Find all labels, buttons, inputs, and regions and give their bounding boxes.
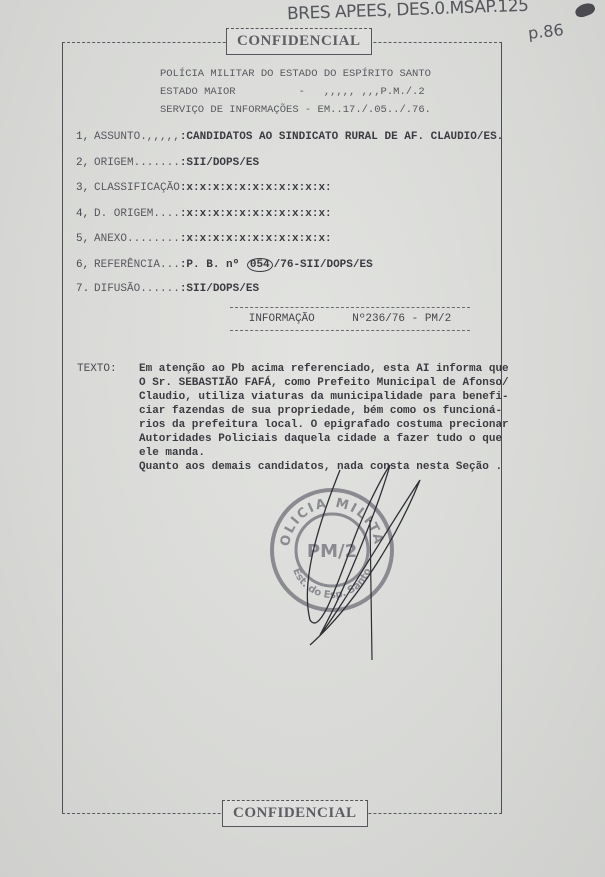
header-service-date: SERVIÇO DE INFORMAÇÕES - EM..17./.05../.… [160,104,431,116]
field-row: 2,ORIGEM.......:SII/DOPS/ES [76,157,259,169]
field-number: 2, [76,157,94,169]
field-row: 1,ASSUNTO.,,,,,:CANDIDATOS AO SINDICATO … [76,131,503,143]
field-value: :SII/DOPS/ES [180,283,259,295]
circled-reference-number: 054 [247,258,273,272]
header-org: POLÍCIA MILITAR DO ESTADO DO ESPÍRITO SA… [160,68,431,80]
field-row: 4,D. ORIGEM....:x:x:x:x:x:x:x:x:x:x:x: [76,208,332,220]
field-label: ANEXO........ [94,233,180,245]
field-number: 1, [76,131,94,143]
handwritten-page-number: p.86 [527,20,564,43]
field-number: 6, [76,259,94,271]
ink-blot-mark [574,1,597,19]
field-label: CLASSIFICAÇÃO [94,182,180,194]
field-row: 5,ANEXO........:x:x:x:x:x:x:x:x:x:x:x: [76,233,332,245]
field-label: D. ORIGEM.... [94,208,180,220]
field-number: 4, [76,208,94,220]
field-row: 7.DIFUSÃO......:SII/DOPS/ES [76,283,259,295]
informacao-number: Nº236/76 - PM/2 [352,313,451,325]
field-row: 3,CLASSIFICAÇÃO:x:x:x:x:x:x:x:x:x:x:x: [76,182,332,194]
informacao-title: INFORMAÇÃO [249,313,315,325]
classification-stamp-bottom: CONFIDENCIAL [222,800,368,827]
classification-stamp-top: CONFIDENCIAL [226,28,372,55]
handwritten-archive-annotation: BRES APEES, DES.0.MSAP.125 [287,0,529,24]
texto-body: Em atenção ao Pb acima referenciado, est… [139,362,557,474]
header-department: ESTADO MAIOR - ,,,,, ,,,P.M./.2 [160,86,425,98]
field-label: DIFUSÃO...... [94,283,180,295]
field-number: 5, [76,233,94,245]
field-label: REFERÊNCIA... [94,259,180,271]
field-label: ASSUNTO.,,,,, [94,131,180,143]
texto-section: TEXTO: Em atenção ao Pb acima referencia… [77,362,557,474]
field-number: 7. [76,283,94,295]
field-value: :SII/DOPS/ES [180,157,259,169]
field-value: :x:x:x:x:x:x:x:x:x:x:x: [180,233,332,245]
field-value: :P. B. nº 054/76-SII/DOPS/ES [180,259,373,271]
informacao-header: INFORMAÇÃO Nº236/76 - PM/2 [230,307,470,331]
field-value: :x:x:x:x:x:x:x:x:x:x:x: [180,208,332,220]
field-number: 3, [76,182,94,194]
field-value: :x:x:x:x:x:x:x:x:x:x:x: [180,182,332,194]
signature [280,460,440,660]
field-value: :CANDIDATOS AO SINDICATO RURAL DE AF. CL… [180,131,503,143]
field-label: ORIGEM....... [94,157,180,169]
field-row: 6,REFERÊNCIA...:P. B. nº 054/76-SII/DOPS… [76,258,373,272]
texto-label: TEXTO: [77,362,117,376]
document-page: BRES APEES, DES.0.MSAP.125 p.86 CONFIDEN… [0,0,605,877]
